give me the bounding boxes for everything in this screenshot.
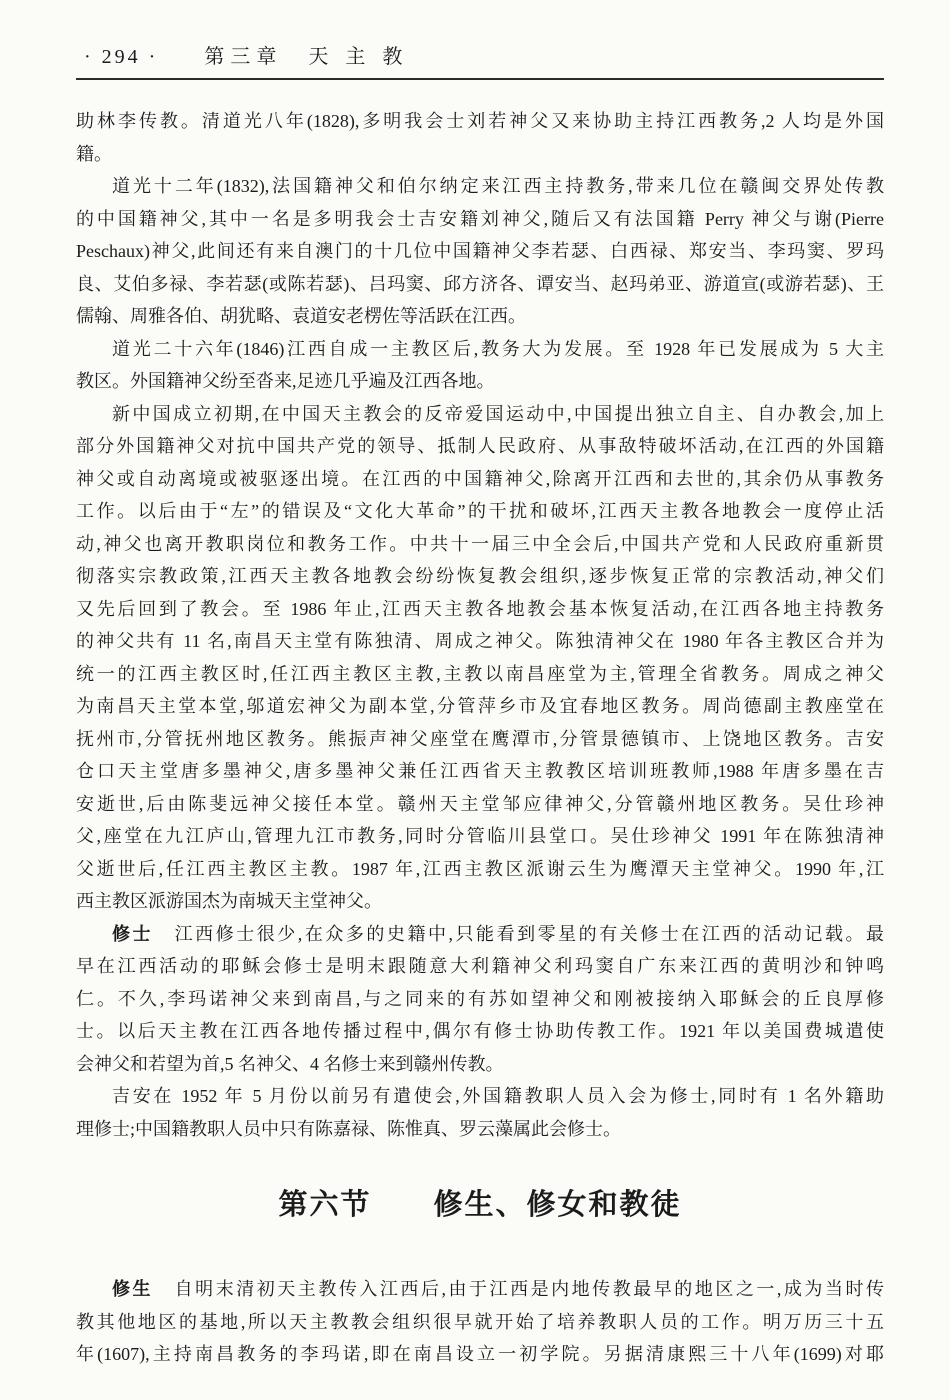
text-line: 吉安在 1952 年 5 月份以前另有遣使会,外国籍教职人员入会为修士,同时有 … [76, 1080, 884, 1113]
text-line: 修生自明末清初天主教传入江西后,由于江西是内地传教最早的地区之一,成为当时传 [76, 1273, 884, 1306]
text-line: 彻落实宗教政策,江西天主教各地教会纷纷恢复教会组织,逐步恢复正常的宗教活动,神父… [76, 560, 884, 593]
paragraph-lead: 修生 [112, 1279, 153, 1299]
text-line: 工作。以后由于“左”的错误及“文化大革命”的干扰和破坏,江西天主教各地教会一度停… [76, 495, 884, 528]
text-line: 助林李传教。清道光八年(1828),多明我会士刘若神父又来协助主持江西教务,2 … [76, 105, 884, 138]
text-line: 父逝世后,任江西主教区主教。1987 年,江西主教区派谢云生为鹰潭天主堂神父。1… [76, 853, 884, 886]
paragraph: 修生自明末清初天主教传入江西后,由于江西是内地传教最早的地区之一,成为当时传教其… [76, 1273, 884, 1371]
paragraph: 助林李传教。清道光八年(1828),多明我会士刘若神父又来协助主持江西教务,2 … [76, 105, 884, 170]
text-line: 良、艾伯多禄、李若瑟(或陈若瑟)、吕玛窦、邱方济各、谭安当、赵玛弟亚、游道宣(或… [76, 268, 884, 301]
text-line: 父,座堂在九江庐山,管理九江市教务,同时分管临川县堂口。吴仕珍神父 1991 年… [76, 820, 884, 853]
text-line: 早在江西活动的耶稣会修士是明末跟随意大利籍神父利玛窦自广东来江西的黄明沙和钟鸣 [76, 950, 884, 983]
book-page: · 294 · 第三章 天 主 教 助林李传教。清道光八年(1828),多明我会… [0, 0, 950, 1400]
text-line: 仁。不久,李玛诺神父来到南昌,与之同来的有苏如望神父和刚被接纳入耶稣会的丘良厚修 [76, 983, 884, 1016]
page-number: · 294 · [84, 46, 158, 69]
text-line: 修士江西修士很少,在众多的史籍中,只能看到零星的有关修士在江西的活动记载。最 [76, 918, 884, 951]
text-line: 士。以后天主教在江西各地传播过程中,偶尔有修士协助传教工作。1921 年以美国费… [76, 1015, 884, 1048]
paragraph-lead-text: 自明末清初天主教传入江西后,由于江西是内地传教最早的地区之一,成为当时传 [175, 1279, 884, 1299]
page-header: · 294 · 第三章 天 主 教 [76, 40, 884, 80]
text-line: 的中国籍神父,其中一名是多明我会士吉安籍刘神父,随后又有法国籍 Perry 神父… [76, 203, 884, 236]
paragraph: 新中国成立初期,在中国天主教会的反帝爱国运动中,中国提出独立自主、自办教会,加上… [76, 398, 884, 918]
text-line: 仓口天主堂唐多墨神父,唐多墨神父兼任江西省天主教教区培训班教师,1988 年唐多… [76, 755, 884, 788]
text-line: 会神父和若望为首,5 名神父、4 名修士来到赣州传教。 [76, 1048, 884, 1081]
text-line: 教区。外国籍神父纷至沓来,足迹几乎遍及江西各地。 [76, 365, 884, 398]
text-line: 又先后回到了教会。至 1986 年止,江西天主教各地教会基本恢复活动,在江西各地… [76, 593, 884, 626]
paragraph: 修士江西修士很少,在众多的史籍中,只能看到零星的有关修士在江西的活动记载。最早在… [76, 918, 884, 1081]
text-line: 西主教区派游国杰为南城天主堂神父。 [76, 885, 884, 918]
text-line: 安逝世,后由陈斐远神父接任本堂。赣州天主堂邹应律神父,分管赣州地区教务。吴仕珍神 [76, 788, 884, 821]
text-line: 道光二十六年(1846)江西自成一主教区后,教务大为发展。至 1928 年已发展… [76, 333, 884, 366]
text-line: 理修士;中国籍教职人员中只有陈嘉禄、陈惟真、罗云藻属此会修士。 [76, 1113, 884, 1146]
paragraph: 道光二十六年(1846)江西自成一主教区后,教务大为发展。至 1928 年已发展… [76, 333, 884, 398]
text-line: Peschaux)神父,此间还有来自澳门的十几位中国籍神父李若瑟、白西禄、郑安当… [76, 235, 884, 268]
text-line: 道光十二年(1832),法国籍神父和伯尔纳定来江西主持教务,带来几位在赣闽交界处… [76, 170, 884, 203]
text-line: 神父或自动离境或被驱逐出境。在江西的中国籍神父,除离开江西和去世的,其余仍从事教… [76, 463, 884, 496]
text-line: 部分外国籍神父对抗中国共产党的领导、抵制人民政府、从事敌特破坏活动,在江西的外国… [76, 430, 884, 463]
text-line: 动,神父也离开教职岗位和教务工作。中共十一届三中全会后,中国共产党和人民政府重新… [76, 528, 884, 561]
text-line: 统一的江西主教区时,任江西主教区主教,主教以南昌座堂为主,管理全省教务。周成之神… [76, 658, 884, 691]
text-line: 年(1607),主持南昌教务的李玛诺,即在南昌设立一初学院。另据清康熙三十八年(… [76, 1338, 884, 1371]
paragraph-lead-text: 江西修士很少,在众多的史籍中,只能看到零星的有关修士在江西的活动记载。最 [175, 924, 884, 944]
text-line: 籍。 [76, 138, 884, 171]
page-body: 助林李传教。清道光八年(1828),多明我会士刘若神父又来协助主持江西教务,2 … [76, 105, 884, 1371]
paragraph: 吉安在 1952 年 5 月份以前另有遣使会,外国籍教职人员入会为修士,同时有 … [76, 1080, 884, 1145]
text-line: 的神父共有 11 名,南昌天主堂有陈独清、周成之神父。陈独清神父在 1980 年… [76, 625, 884, 658]
text-line: 为南昌天主堂本堂,邬道宏神父为副本堂,分管萍乡市及宜春地区教务。周尚德副主教座堂… [76, 690, 884, 723]
section-heading: 第六节 修生、修女和教徒 [76, 1183, 884, 1227]
text-line: 抚州市,分管抚州地区教务。熊振声神父座堂在鹰潭市,分管景德镇市、上饶地区教务。吉… [76, 723, 884, 756]
text-line: 新中国成立初期,在中国天主教会的反帝爱国运动中,中国提出独立自主、自办教会,加上 [76, 398, 884, 431]
paragraph-lead: 修士 [112, 924, 153, 944]
text-line: 教其他地区的基地,所以天主教教会组织很早就开始了培养教职人员的工作。明万历三十五 [76, 1306, 884, 1339]
chapter-title: 第三章 天 主 教 [204, 40, 408, 69]
text-line: 儒翰、周雅各伯、胡犹略、袁道安老楞佐等活跃在江西。 [76, 300, 884, 333]
paragraph: 道光十二年(1832),法国籍神父和伯尔纳定来江西主持教务,带来几位在赣闽交界处… [76, 170, 884, 333]
